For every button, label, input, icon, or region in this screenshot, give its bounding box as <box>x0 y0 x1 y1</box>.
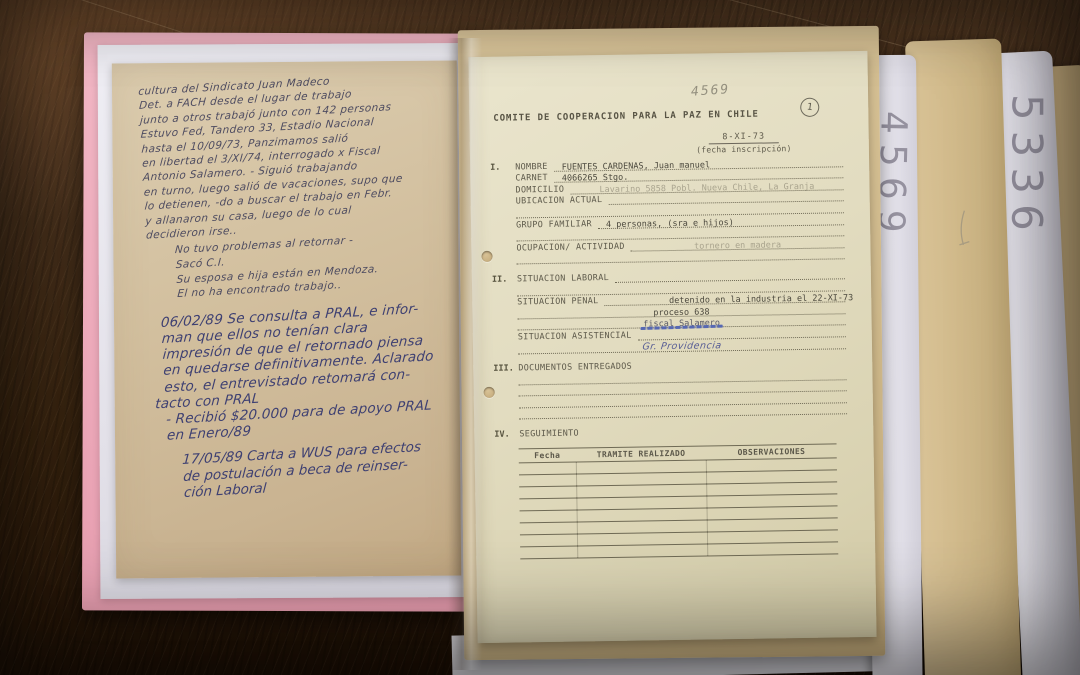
handwriting-block-3: 06/02/89 Se consulta a PRAL, e infor-man… <box>134 300 437 445</box>
inscription-date: 8-XI-73 (fecha inscripción) <box>675 131 813 155</box>
table-cell <box>707 482 838 495</box>
form-title: COMITE DE COOPERACION PARA LA PAZ EN CHI… <box>493 110 758 124</box>
table-cell <box>519 499 576 511</box>
field-label: SEGUIMIENTO <box>519 428 585 439</box>
form-rows: I.NOMBREFUENTES CARDENAS, Juan manuelCAR… <box>490 155 847 440</box>
page-number-circle: 1 <box>799 97 820 118</box>
photo-of-archive-folders: cultura del Sindicato Juan MadecoDet. a … <box>0 0 1080 675</box>
table-cell <box>520 523 577 535</box>
folder-label-5336-text: 5336 <box>1002 52 1052 241</box>
table-cell <box>520 535 577 547</box>
table-cell <box>576 484 707 497</box>
table-cell <box>707 494 838 507</box>
table-cell <box>577 544 708 557</box>
handwriting-block-1: cultura del Sindicato Juan MadecoDet. a … <box>138 70 427 243</box>
table-cell <box>707 506 838 519</box>
manila-folder-middle <box>905 38 1021 675</box>
handwriting-block-2: No tuvo problemas al retornar -Sacó C.I.… <box>175 230 430 302</box>
section-number: III. <box>493 364 518 374</box>
section-number: I. <box>490 162 515 172</box>
inscription-date-caption: (fecha inscripción) <box>675 144 813 155</box>
field-label: CARNET <box>515 173 554 184</box>
table-cell <box>519 463 576 475</box>
table-cell <box>576 508 707 521</box>
table-cell <box>577 520 708 533</box>
table-cell <box>576 496 707 509</box>
table-cell <box>519 475 576 487</box>
table-cell <box>520 547 577 559</box>
table-header-cell: OBSERVACIONES <box>706 446 837 457</box>
field-value: Gr. Providencia <box>642 340 723 352</box>
table-cell <box>520 511 577 523</box>
handwritten-page: cultura del Sindicato Juan MadecoDet. a … <box>112 61 461 579</box>
section-number: II. <box>492 274 517 284</box>
table-cell <box>706 458 837 471</box>
seguimiento-table: FechaTRAMITE REALIZADOOBSERVACIONES <box>519 443 839 559</box>
handwriting: cultura del Sindicato Juan MadecoDet. a … <box>128 70 441 503</box>
pencil-annotation: 4569 <box>691 82 731 100</box>
table-header-cell: TRAMITE REALIZADO <box>576 448 707 459</box>
table-header-cell: Fecha <box>519 451 576 461</box>
table-cell <box>577 532 708 545</box>
table-cell <box>707 518 838 531</box>
table-cell <box>576 472 707 485</box>
pencil-squiggle <box>956 208 971 250</box>
handwriting-block-4: 17/05/89 Carta a WUS para efectosde post… <box>142 439 441 504</box>
table-cell <box>576 460 707 473</box>
field-label: NOMBRE <box>515 161 554 172</box>
form-row: IV.SEGUIMIENTO <box>494 423 847 440</box>
field-label: DOMICILIO <box>515 184 570 195</box>
inscription-date-value: 8-XI-73 <box>708 131 779 144</box>
typed-form-page: 4569 1 COMITE DE COOPERACION PARA LA PAZ… <box>468 51 876 643</box>
section-number: IV. <box>494 429 519 439</box>
table-cell <box>708 542 839 555</box>
table-cell <box>706 470 837 483</box>
table-cell <box>519 487 576 499</box>
table-cell <box>707 530 838 543</box>
